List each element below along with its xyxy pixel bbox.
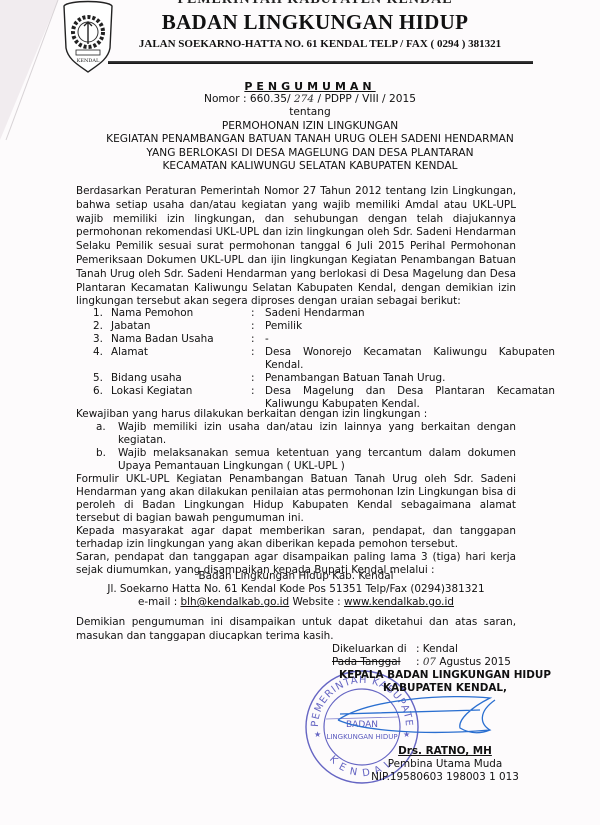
obligations-section: Kewajiban yang harus dilakukan berkaitan…	[76, 408, 516, 577]
detail-value: -	[265, 333, 555, 346]
number-prefix: Nomor : 660.35/	[204, 93, 294, 105]
letterhead-agency-name: BADAN LINGKUNGAN HIDUP	[130, 10, 500, 35]
contact-office: Badan Lingkungan Hidup Kab. Kendal	[76, 570, 516, 583]
detail-label: Bidang usaha	[111, 372, 251, 385]
contact-street: Jl. Soekarno Hatta No. 61 Kendal Kode Po…	[76, 583, 516, 596]
about-label: tentang	[100, 106, 520, 119]
detail-label: Alamat	[111, 346, 251, 372]
obligation-text: Wajib melaksanakan semua ketentuan yang …	[118, 447, 516, 473]
obligation-marker: a.	[96, 421, 118, 447]
detail-number: 2.	[93, 320, 111, 333]
detail-colon: :	[251, 307, 265, 320]
detail-label: Nama Pemohon	[111, 307, 251, 320]
detail-number: 1.	[93, 307, 111, 320]
closing-paragraph: Demikian pengumuman ini disampaikan untu…	[76, 616, 516, 644]
letterhead-government-line: PEMERINTAH KABUPATEN KENDAL	[150, 0, 480, 8]
subject-line: KEGIATAN PENAMBANGAN BATUAN TANAH URUG O…	[60, 133, 560, 146]
subject-line: PERMOHONAN IZIN LINGKUNGAN	[100, 120, 520, 133]
detail-colon: :	[251, 333, 265, 346]
handwritten-signature-icon	[330, 690, 540, 740]
detail-number: 4.	[93, 346, 111, 372]
detail-colon: :	[251, 346, 265, 372]
issued-at-row: Dikeluarkan di: Kendal	[332, 643, 511, 656]
obligation-item: a.Wajib memiliki izin usaha dan/atau izi…	[76, 421, 516, 447]
detail-row: 4.Alamat:Desa Wonorejo Kecamatan Kaliwun…	[93, 346, 555, 372]
website-link[interactable]: www.kendalkab.go.id	[344, 596, 454, 608]
detail-number: 3.	[93, 333, 111, 346]
subject-block: PERMOHONAN IZIN LINGKUNGAN KEGIATAN PENA…	[100, 120, 520, 173]
document-number: Nomor : 660.35/ 274 / PDPP / VIII / 2015	[100, 93, 520, 106]
document-title: PENGUMUMAN	[100, 80, 520, 93]
letterhead-address: JALAN SOEKARNO-HATTA NO. 61 KENDAL TELP …	[120, 38, 520, 50]
detail-row: 2.Jabatan:Pemilik	[93, 320, 555, 333]
detail-colon: :	[251, 320, 265, 333]
subject-line: KECAMATAN KALIWUNGU SELATAN KABUPATEN KE…	[100, 160, 520, 173]
issued-at-label: Dikeluarkan di	[332, 643, 416, 656]
obligation-marker: b.	[96, 447, 118, 473]
detail-row: 3.Nama Badan Usaha:-	[93, 333, 555, 346]
svg-text:KENDAL: KENDAL	[77, 58, 100, 64]
signatory-name: Drs. RATNO, MH	[300, 745, 590, 758]
obligation-text: Wajib memiliki izin usaha dan/atau izin …	[118, 421, 516, 447]
date-suffix: Agustus 2015	[436, 656, 511, 668]
number-handwritten: 274	[294, 93, 314, 105]
applicant-details: 1.Nama Pemohon:Sadeni Hendarman 2.Jabata…	[93, 307, 555, 411]
detail-row: 5.Bidang usaha:Penambangan Batuan Tanah …	[93, 372, 555, 385]
email-link[interactable]: blh@kendalkab.go.id	[181, 596, 290, 608]
form-paragraph: Formulir UKL-UPL Kegiatan Penambangan Ba…	[76, 473, 516, 525]
detail-label: Nama Badan Usaha	[111, 333, 251, 346]
signatory-rank: Pembina Utama Muda	[300, 758, 590, 771]
obligations-intro: Kewajiban yang harus dilakukan berkaitan…	[76, 408, 516, 421]
signatory-nip: NIP.19580603 198003 1 013	[300, 771, 590, 784]
detail-number: 5.	[93, 372, 111, 385]
detail-value: Penambangan Batuan Tanah Urug.	[265, 372, 555, 385]
svg-text:★: ★	[314, 730, 321, 739]
intro-paragraph: Berdasarkan Peraturan Pemerintah Nomor 2…	[76, 185, 516, 309]
contact-block: Badan Lingkungan Hidup Kab. Kendal Jl. S…	[76, 570, 516, 609]
public-paragraph: Kepada masyarakat agar dapat memberikan …	[76, 525, 516, 551]
detail-row: 1.Nama Pemohon:Sadeni Hendarman	[93, 307, 555, 320]
issued-at-value: : Kendal	[416, 643, 458, 656]
website-label: Website :	[289, 596, 344, 608]
detail-value: Pemilik	[265, 320, 555, 333]
detail-label: Jabatan	[111, 320, 251, 333]
obligation-item: b.Wajib melaksanakan semua ketentuan yan…	[76, 447, 516, 473]
detail-value: Sadeni Hendarman	[265, 307, 555, 320]
letterhead-divider	[108, 61, 533, 64]
detail-value: Desa Wonorejo Kecamatan Kaliwungu Kabupa…	[265, 346, 555, 372]
signatory-block: Drs. RATNO, MH Pembina Utama Muda NIP.19…	[300, 745, 590, 784]
position-line-1: KEPALA BADAN LINGKUNGAN HIDUP	[300, 669, 590, 682]
number-suffix: / PDPP / VIII / 2015	[314, 93, 416, 105]
detail-colon: :	[251, 372, 265, 385]
contact-online: e-mail : blh@kendalkab.go.id Website : w…	[76, 596, 516, 609]
subject-line: YANG BERLOKASI DI DESA MAGELUNG DAN DESA…	[100, 147, 520, 160]
email-label: e-mail :	[138, 596, 181, 608]
